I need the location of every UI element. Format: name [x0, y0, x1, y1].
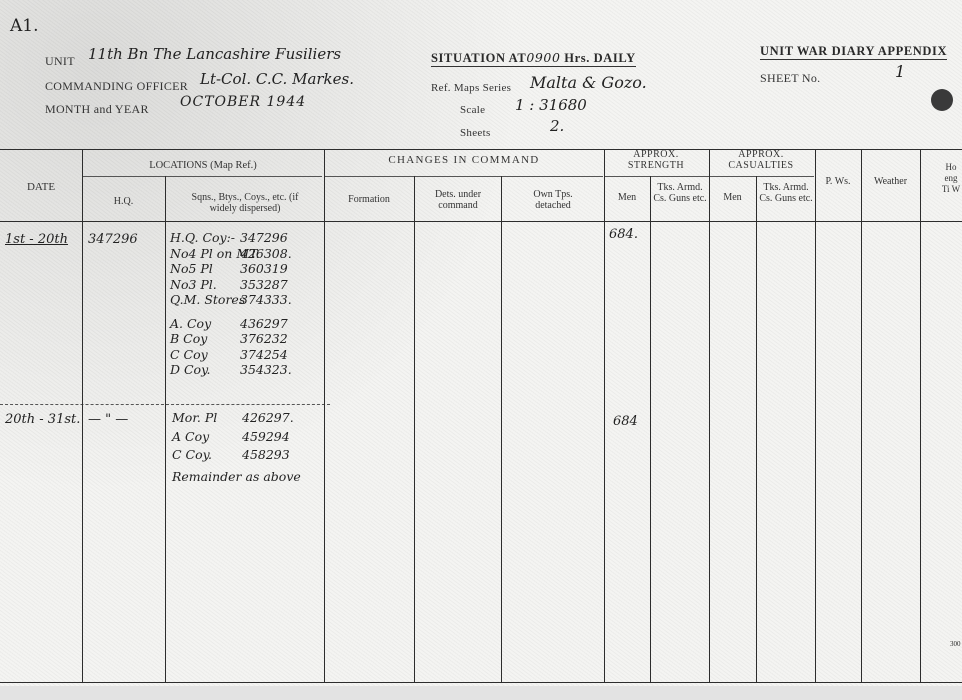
- header-strength-tks: Tks. Armd. Cs. Guns etc.: [652, 182, 708, 204]
- changes-sub-divider: [325, 176, 603, 177]
- header-dets-under-command: Dets. under command: [420, 189, 496, 211]
- header-sqns: Sqns., Btys., Coys., etc. (if widely dis…: [180, 192, 310, 214]
- col-line: [82, 149, 83, 682]
- col-line: [756, 176, 757, 682]
- location-line: Remainder as above: [172, 469, 301, 485]
- punch-hole: [931, 89, 953, 111]
- situation-label-post: Hrs. DAILY: [564, 51, 636, 65]
- commanding-officer-label: COMMANDING OFFICER: [45, 79, 188, 94]
- row1-strength-men: 684.: [609, 227, 638, 242]
- row2-locations: Mor. Pl426297. A Coy459294 C Coy.458293 …: [172, 410, 301, 484]
- header-date: DATE: [0, 182, 82, 193]
- loc-sub-divider: [82, 176, 322, 177]
- header-weather: Weather: [861, 176, 920, 187]
- location-line: Mor. Pl426297.: [172, 410, 301, 426]
- header-hq: H.Q.: [82, 196, 165, 207]
- col-line: [414, 176, 415, 682]
- col-line: [815, 149, 816, 682]
- location-line: A Coy459294: [172, 429, 301, 445]
- location-line: Q.M. Stores374333.: [170, 292, 292, 308]
- row2-strength-men: 684: [613, 414, 638, 429]
- location-line: D Coy.354323.: [170, 362, 292, 378]
- scale-value: 1 : 31680: [515, 96, 587, 114]
- header-formation: Formation: [324, 194, 414, 205]
- location-line: No3 Pl.353287: [170, 277, 292, 293]
- maps-series-value: Malta & Gozo.: [530, 73, 647, 92]
- appendix-title: UNIT WAR DIARY APPENDIX: [760, 42, 947, 60]
- col-line: [324, 149, 325, 682]
- month-year-label: MONTH and YEAR: [45, 102, 149, 117]
- location-line: C Coy374254: [170, 347, 292, 363]
- header-pws: P. Ws.: [815, 176, 861, 187]
- row2-date: 20th - 31st.: [5, 412, 80, 427]
- sheet-no-label: SHEET No.: [760, 71, 820, 86]
- scan-bottom-margin: [0, 686, 962, 700]
- header-strength-men: Men: [604, 192, 650, 203]
- row1-date: 1st - 20th: [5, 232, 68, 247]
- unit-label: UNIT: [45, 54, 75, 69]
- maps-series-label: Ref. Maps Series: [431, 82, 511, 94]
- location-line: C Coy.458293: [172, 447, 301, 463]
- col-line: [501, 176, 502, 682]
- sheets-label: Sheets: [460, 127, 491, 139]
- corner-mark: A1.: [10, 16, 39, 36]
- header-own-tps-detached: Own Tps. detached: [520, 189, 586, 211]
- col-line: [650, 176, 651, 682]
- situation-heading: SITUATION AT0900 Hrs. DAILY: [431, 49, 636, 67]
- header-locations: LOCATIONS (Map Ref.): [82, 160, 324, 171]
- month-year-value: OCTOBER 1944: [180, 94, 306, 110]
- commanding-officer-value: Lt-Col. C.C. Markes.: [200, 70, 354, 88]
- col-line: [861, 149, 862, 682]
- footer-mark: 300: [950, 640, 961, 648]
- header-casualties-tks: Tks. Armd. Cs. Guns etc.: [758, 182, 814, 204]
- table-bottom-border: [0, 682, 962, 683]
- location-line: No4 Pl on MT.426308.: [170, 246, 292, 262]
- location-line: H.Q. Coy:-347296: [170, 230, 292, 246]
- location-line: No5 Pl360319: [170, 261, 292, 277]
- scale-label: Scale: [460, 104, 485, 116]
- header-changes-in-command: CHANGES IN COMMAND: [324, 155, 604, 166]
- location-line: A. Coy436297: [170, 316, 292, 332]
- row2-hq: — " —: [88, 412, 128, 427]
- header-approx-strength: APPROX. STRENGTH: [614, 149, 698, 171]
- header-approx-casualties: APPROX. CASUALTIES: [718, 149, 804, 171]
- situation-label-pre: SITUATION AT: [431, 51, 526, 65]
- unit-value: 11th Bn The Lancashire Fusiliers: [88, 45, 341, 63]
- col-line: [709, 149, 710, 682]
- col-line: [920, 149, 921, 682]
- sheet-no-value: 1: [895, 62, 905, 81]
- header-hours-truncated: Ho eng Ti W: [940, 162, 962, 195]
- sheets-value: 2.: [550, 117, 564, 135]
- table-top-border: [0, 149, 962, 150]
- row1-locations: H.Q. Coy:-347296 No4 Pl on MT.426308. No…: [170, 230, 292, 378]
- row1-hq: 347296: [88, 232, 138, 247]
- situation-time: 0900: [526, 50, 560, 65]
- col-line: [604, 149, 605, 682]
- table-header-bottom: [0, 221, 962, 222]
- col-line: [165, 176, 166, 682]
- header-casualties-men: Men: [709, 192, 756, 203]
- location-line: B Coy376232: [170, 331, 292, 347]
